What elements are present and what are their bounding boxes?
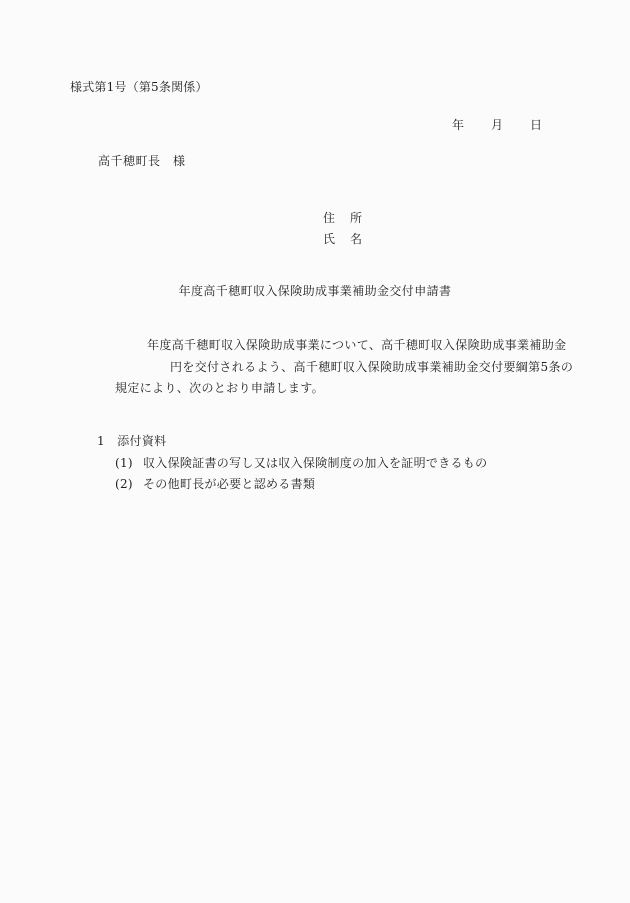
date-line: 年 月 日 (452, 118, 542, 133)
date-year-label: 年 (452, 118, 464, 133)
attachment-item: (2)その他町長が必要と認める書類 (115, 477, 315, 492)
form-number: 様式第1号（第5条関係） (70, 80, 208, 95)
attachment-item-number: (2) (115, 477, 143, 492)
attachment-item-text: その他町長が必要と認める書類 (143, 477, 315, 491)
date-day-label: 日 (530, 118, 542, 133)
body-line-1: 年度高千穂町収入保険助成事業について、高千穂町収入保険助成事業補助金 (147, 338, 566, 353)
sender-name-label: 氏 名 (323, 232, 364, 247)
body-line-2: 円を交付されるよう、高千穂町収入保険助成事業補助金交付要綱第5条の (170, 360, 573, 375)
body-line-3: 規定により、次のとおり申請します。 (115, 381, 324, 396)
sender-address-label: 住 所 (323, 211, 364, 226)
attachments-heading: 1 添付資料 (97, 434, 166, 449)
attachment-item-number: (1) (115, 456, 143, 471)
addressee: 高千穂町長 様 (98, 154, 186, 169)
date-month-label: 月 (491, 118, 503, 133)
attachment-item-text: 収入保険証書の写し又は収入保険制度の加入を証明できるもの (143, 456, 487, 470)
document-title: 年度高千穂町収入保険助成事業補助金交付申請書 (0, 284, 630, 299)
attachment-item: (1)収入保険証書の写し又は収入保険制度の加入を証明できるもの (115, 456, 487, 471)
sender-block: 住 所 氏 名 (323, 211, 364, 253)
document-page: 様式第1号（第5条関係） 年 月 日 高千穂町長 様 住 所 氏 名 年度高千穂… (0, 0, 630, 903)
